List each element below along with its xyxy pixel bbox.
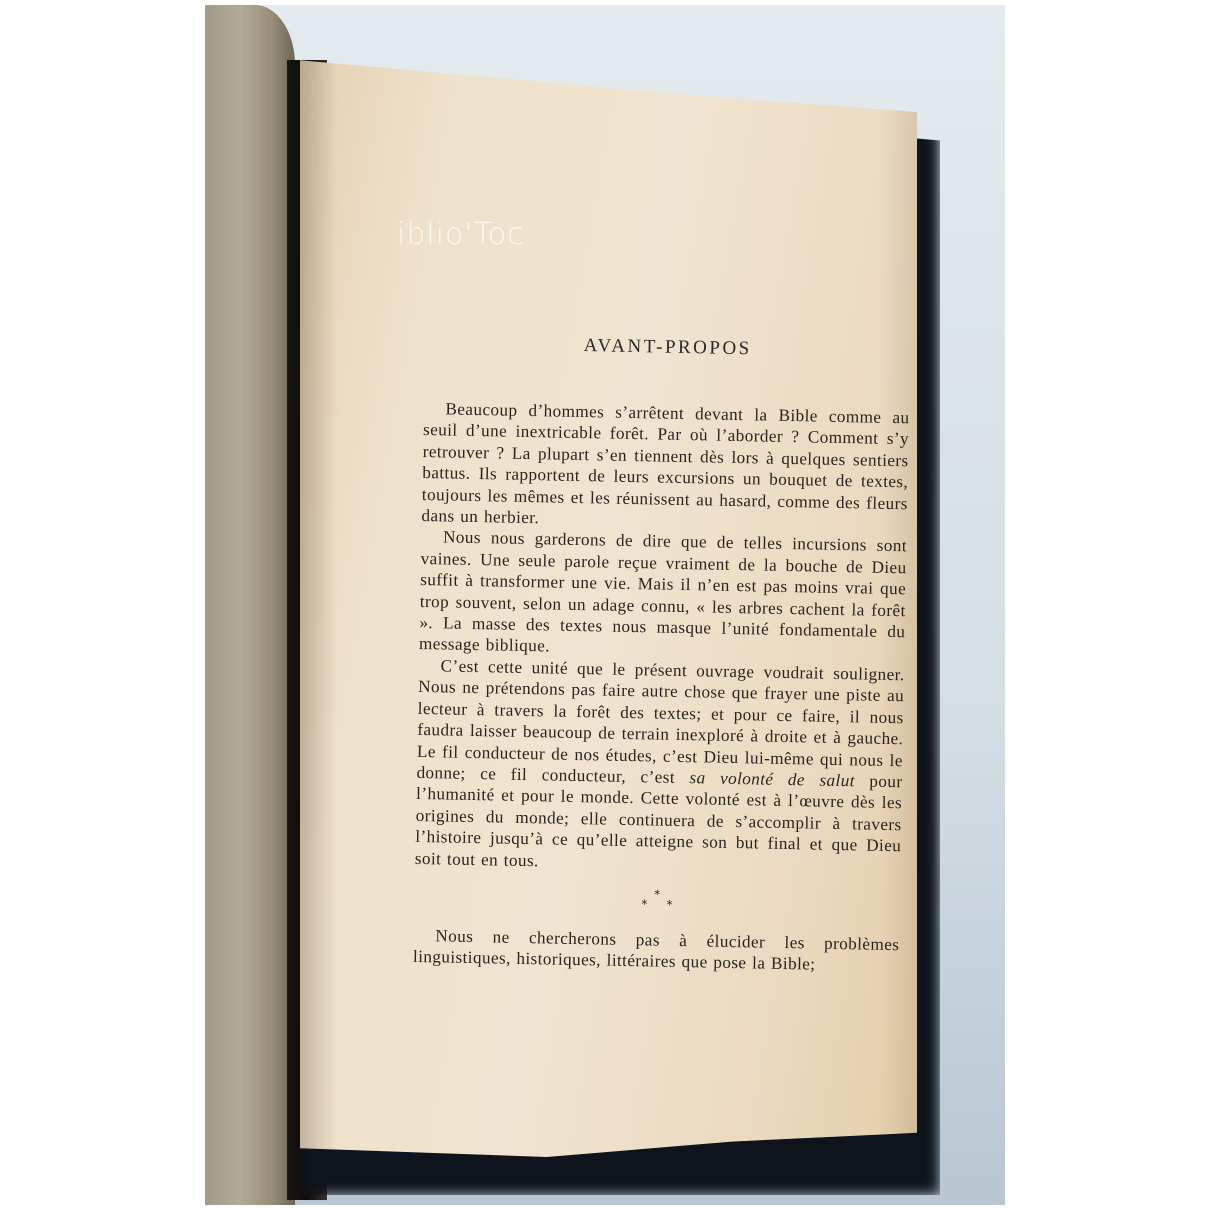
paragraph-1: Beaucoup d’hommes s’arrêtent devant la B… xyxy=(421,398,909,536)
paragraph-2: Nous nous garderons de dire que de telle… xyxy=(419,526,907,664)
book-cover-left xyxy=(205,5,295,1205)
paragraph-3-italic: sa volonté de salut xyxy=(689,768,855,790)
page-text: AVANT-PROPOS Beaucoup d’hommes s’arrêten… xyxy=(413,332,911,977)
watermark: iblio'Toc xyxy=(397,217,525,252)
paper-speck xyxy=(945,543,952,549)
book-photo: iblio'Toc AVANT-PROPOS Beaucoup d’hommes… xyxy=(205,5,1005,1205)
book-page: iblio'Toc AVANT-PROPOS Beaucoup d’hommes… xyxy=(300,57,917,1157)
paragraph-3: C’est cette unité que le présent ouvrage… xyxy=(415,655,905,878)
paragraph-3-start: C’est cette unité que le présent ouvrage… xyxy=(416,656,904,787)
section-separator: * * * xyxy=(414,885,900,914)
